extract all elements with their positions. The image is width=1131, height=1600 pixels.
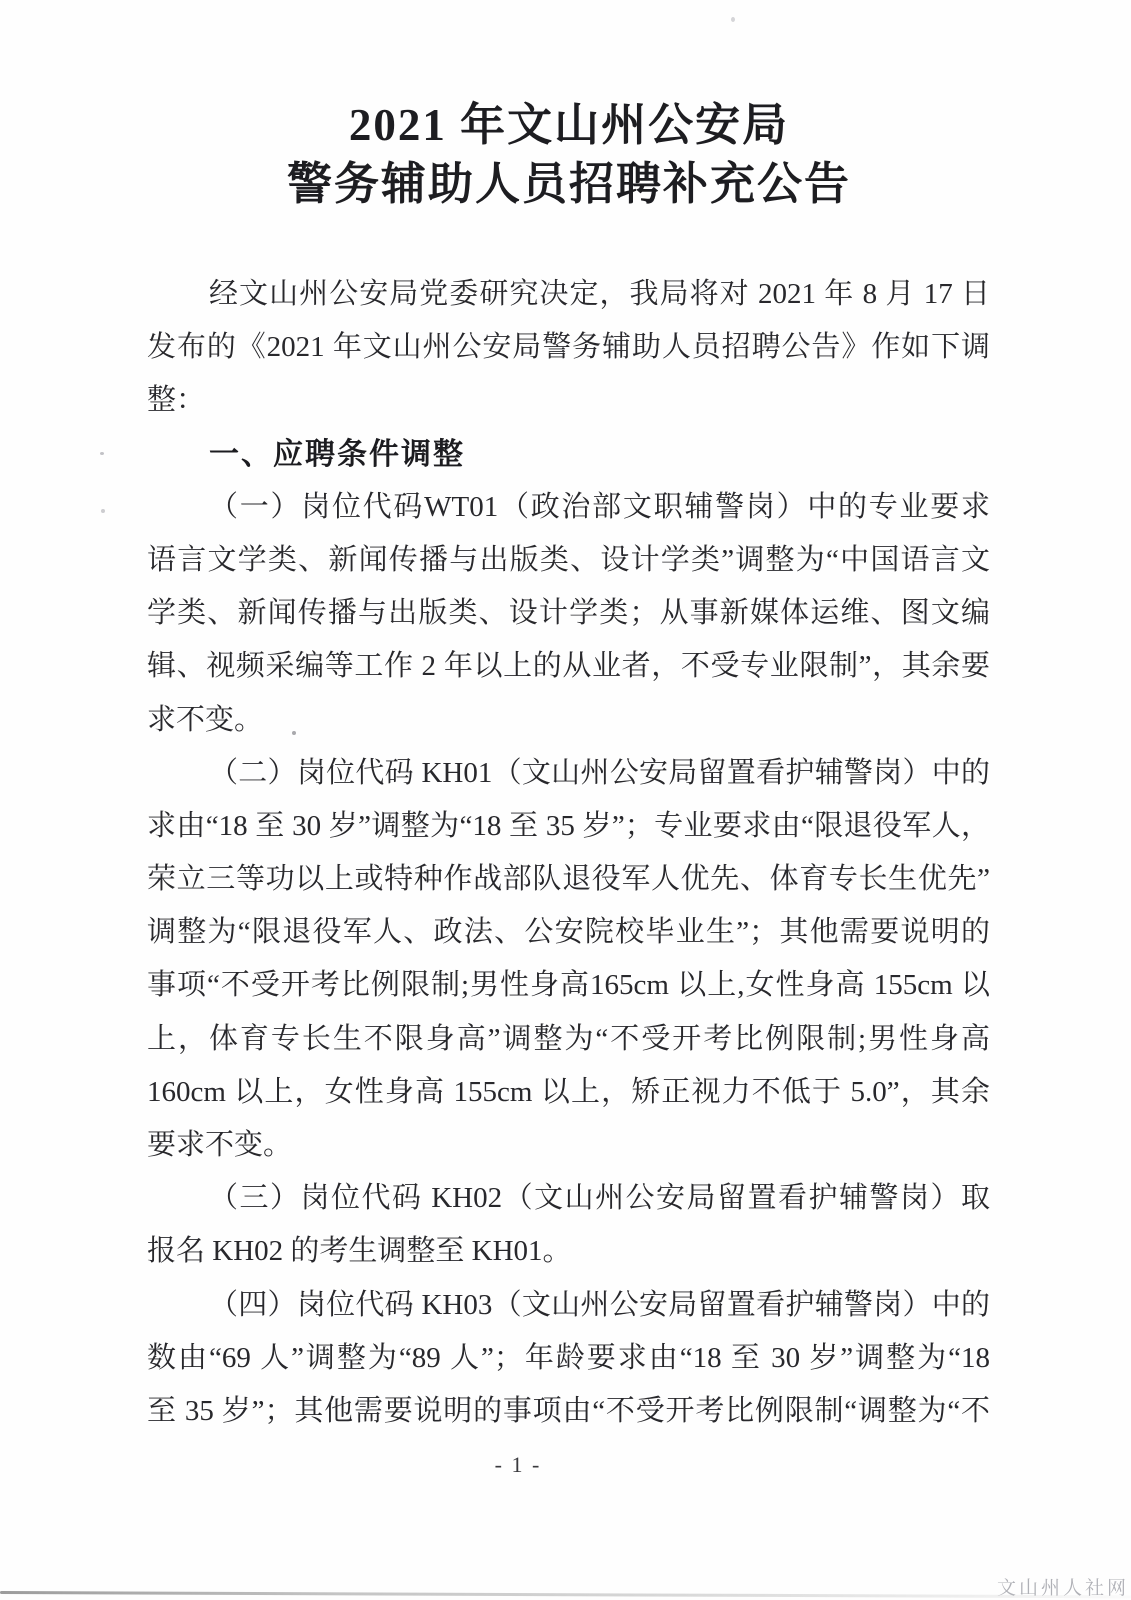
text-line: 事项“不受开考比例限制;男性身高165cm 以上,女性身高 155cm 以	[147, 959, 990, 1012]
text-lines: 经文山州公安局党委研究决定，我局将对 2021 年 8 月 17 日发布的《20…	[147, 268, 990, 1438]
text-line: （二）岗位代码 KH01（文山州公安局留置看护辅警岗）中的年龄要	[147, 747, 990, 800]
text-line: 求不变。	[147, 694, 990, 747]
document-title: 2021 年文山州公安局 警务辅助人员招聘补充公告	[148, 96, 990, 214]
text-line: 至 35 岁”；其他需要说明的事项由“不受开考比例限制“调整为“不	[147, 1385, 990, 1438]
scan-speck	[101, 509, 105, 513]
document-title-line2: 警务辅助人员招聘补充公告	[148, 155, 990, 214]
text-line: 辑、视频采编等工作 2 年以上的从业者，不受专业限制”，其余要	[147, 640, 990, 693]
text-line: （四）岗位代码 KH03（文山州公安局留置看护辅警岗）中的招录人	[147, 1279, 990, 1332]
section-heading: 一、应聘条件调整	[147, 428, 990, 481]
text-line: 要求不变。	[147, 1119, 990, 1172]
text-line: 报名 KH02 的考生调整至 KH01。	[147, 1225, 990, 1278]
text-line: 数由“69 人”调整为“89 人”；年龄要求由“18 至 30 岁”调整为“18	[147, 1332, 990, 1385]
text-line: （三）岗位代码 KH02（文山州公安局留置看护辅警岗）取消，之前	[147, 1172, 990, 1225]
text-line: 学类、新闻传播与出版类、设计学类；从事新媒体运维、图文编	[147, 587, 990, 640]
text-line: 语言文学类、新闻传播与出版类、设计学类”调整为“中国语言文	[147, 534, 990, 587]
scanned-document-page: 2021 年文山州公安局 警务辅助人员招聘补充公告 经文山州公安局党委研究决定，…	[0, 0, 1131, 1600]
text-line: 160cm 以上，女性身高 155cm 以上，矫正视力不低于 5.0”，其余	[147, 1066, 990, 1119]
text-line: 发布的《2021 年文山州公安局警务辅助人员招聘公告》作如下调	[147, 321, 990, 374]
text-line: 整：	[147, 374, 990, 427]
text-line: 上，体育专长生不限身高”调整为“不受开考比例限制;男性身高	[147, 1013, 990, 1066]
text-line: （一）岗位代码WT01（政治部文职辅警岗）中的专业要求由“中国	[147, 481, 990, 534]
page-number: - 1 -	[148, 1452, 888, 1478]
text-line: 荣立三等功以上或特种作战部队退役军人优先、体育专长生优先”	[147, 853, 990, 906]
scan-speck	[731, 17, 735, 22]
text-line: 经文山州公安局党委研究决定，我局将对 2021 年 8 月 17 日	[147, 268, 990, 321]
scan-edge-line	[0, 1591, 1131, 1598]
scan-speck	[100, 452, 104, 455]
document-title-line1: 2021 年文山州公安局	[148, 96, 990, 155]
text-line: 调整为“限退役军人、政法、公安院校毕业生”；其他需要说明的	[147, 906, 990, 959]
text-line: 求由“18 至 30 岁”调整为“18 至 35 岁”；专业要求由“限退役军人，	[147, 800, 990, 853]
scan-speck	[292, 731, 296, 735]
